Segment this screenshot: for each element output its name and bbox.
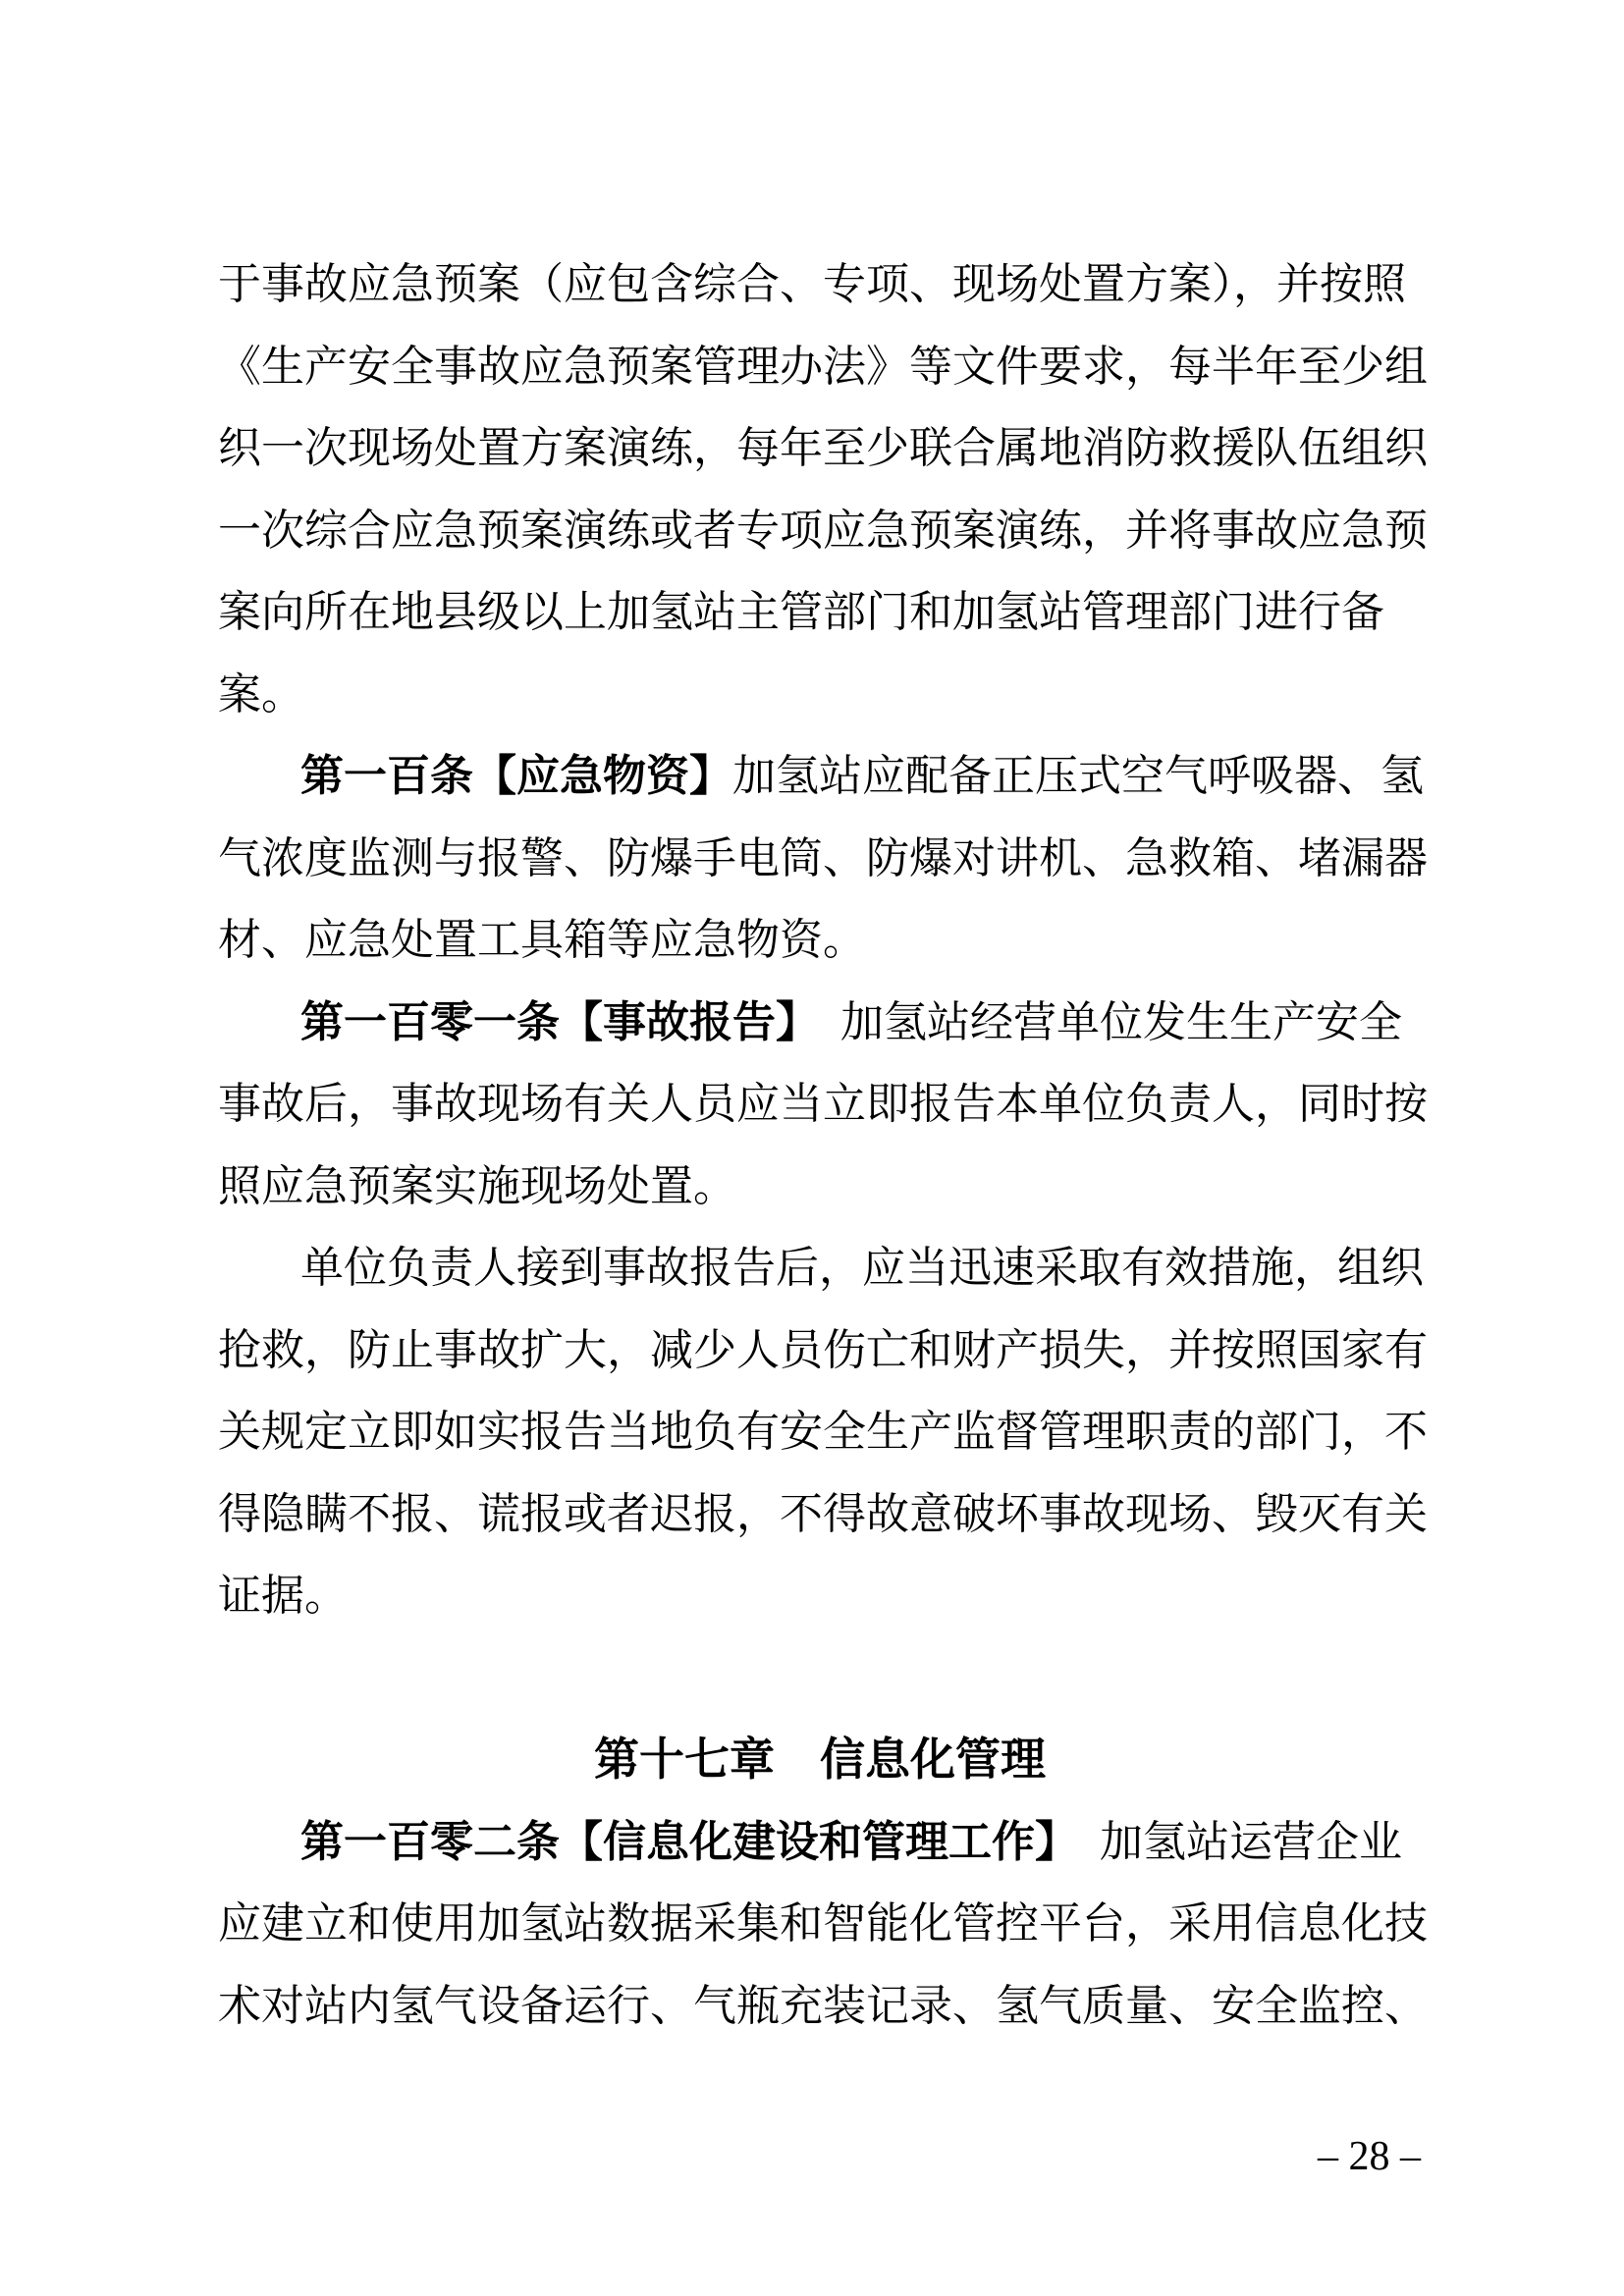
text-line: 案。 (218, 654, 1422, 736)
body-text: 加氢站运营企业 (1056, 1818, 1402, 1866)
text-line: 事故后，事故现场有关人员应当立即报告本单位负责人，同时按 (218, 1063, 1422, 1146)
chapter-heading: 第十七章 信息化管理 (218, 1719, 1422, 1801)
body-text: 《生产安全事故应急预案管理办法》等文件要求，每半年至少组 (218, 343, 1428, 391)
text-line: 术对站内氢气设备运行、气瓶充装记录、氢气质量、安全监控、 (218, 1965, 1422, 2048)
text-line: 第一百条【应急物资】加氢站应配备正压式空气呼吸器、氢 (218, 735, 1422, 818)
body-text: 气浓度监测与报警、防爆手电筒、防爆对讲机、急救箱、堵漏器 (218, 834, 1428, 882)
text-line: 气浓度监测与报警、防爆手电筒、防爆对讲机、急救箱、堵漏器 (218, 818, 1422, 900)
body-text: 加氢站应配备正压式空气呼吸器、氢 (732, 752, 1424, 800)
text-line: 关规定立即如实报告当地负有安全生产监督管理职责的部门，不 (218, 1391, 1422, 1473)
body-text: 材、应急处置工具箱等应急物资。 (218, 916, 866, 964)
clause-heading-text: 第一百零一条【事故报告】 (300, 998, 797, 1046)
body-text: 单位负责人接到事故报告后，应当迅速采取有效措施，组织 (300, 1244, 1424, 1292)
body-text: 照应急预案实施现场处置。 (218, 1162, 736, 1210)
text-line: 应建立和使用加氢站数据采集和智能化管控平台，采用信息化技 (218, 1883, 1422, 1965)
clause-heading-text: 第十七章 信息化管理 (594, 1734, 1046, 1785)
body-text: 得隐瞒不报、谎报或者迟报，不得故意破坏事故现场、毁灭有关 (218, 1490, 1428, 1538)
clause-heading-text: 第一百条【应急物资】 (300, 752, 732, 800)
text-line: 抢救，防止事故扩大，减少人员伤亡和财产损失，并按照国家有 (218, 1309, 1422, 1392)
document-body: 于事故应急预案（应包含综合、专项、现场处置方案），并按照《生产安全事故应急预案管… (218, 243, 1422, 2047)
text-line: 织一次现场处置方案演练，每年至少联合属地消防救援队伍组织 (218, 407, 1422, 490)
text-line: 得隐瞒不报、谎报或者迟报，不得故意破坏事故现场、毁灭有关 (218, 1473, 1422, 1556)
text-line: 于事故应急预案（应包含综合、专项、现场处置方案），并按照 (218, 243, 1422, 326)
body-text: 于事故应急预案（应包含综合、专项、现场处置方案），并按照 (218, 260, 1406, 308)
text-line: 材、应急处置工具箱等应急物资。 (218, 899, 1422, 982)
text-line: 证据。 (218, 1555, 1422, 1637)
clause-heading-text: 第一百零二条【信息化建设和管理工作】 (300, 1818, 1056, 1866)
document-page: 于事故应急预案（应包含综合、专项、现场处置方案），并按照《生产安全事故应急预案管… (0, 0, 1624, 2296)
body-text: 事故后，事故现场有关人员应当立即报告本单位负责人，同时按 (218, 1080, 1428, 1128)
text-line: 《生产安全事故应急预案管理办法》等文件要求，每半年至少组 (218, 326, 1422, 408)
body-text: 案向所在地县级以上加氢站主管部门和加氢站管理部门进行备 (218, 588, 1384, 636)
body-text: 案。 (218, 670, 304, 719)
body-text: 术对站内氢气设备运行、气瓶充装记录、氢气质量、安全监控、 (218, 1982, 1428, 2030)
body-text: 抢救，防止事故扩大，减少人员伤亡和财产损失，并按照国家有 (218, 1326, 1428, 1374)
body-text: 一次综合应急预案演练或者专项应急预案演练，并将事故应急预 (218, 507, 1428, 555)
text-line: 照应急预案实施现场处置。 (218, 1146, 1422, 1228)
body-text: 关规定立即如实报告当地负有安全生产监督管理职责的部门，不 (218, 1408, 1428, 1456)
text-line: 一次综合应急预案演练或者专项应急预案演练，并将事故应急预 (218, 490, 1422, 572)
text-line: 单位负责人接到事故报告后，应当迅速采取有效措施，组织 (218, 1227, 1422, 1309)
body-text: 应建立和使用加氢站数据采集和智能化管控平台，采用信息化技 (218, 1899, 1428, 1948)
body-text: 织一次现场处置方案演练，每年至少联合属地消防救援队伍组织 (218, 424, 1428, 472)
text-line: 第一百零一条【事故报告】 加氢站经营单位发生生产安全 (218, 982, 1422, 1064)
text-line: 案向所在地县级以上加氢站主管部门和加氢站管理部门进行备 (218, 571, 1422, 654)
page-number: – 28 – (1318, 2136, 1421, 2177)
blank-line (218, 1637, 1422, 1720)
body-text: 证据。 (218, 1572, 348, 1620)
text-line: 第一百零二条【信息化建设和管理工作】 加氢站运营企业 (218, 1801, 1422, 1884)
body-text: 加氢站经营单位发生生产安全 (797, 998, 1402, 1046)
